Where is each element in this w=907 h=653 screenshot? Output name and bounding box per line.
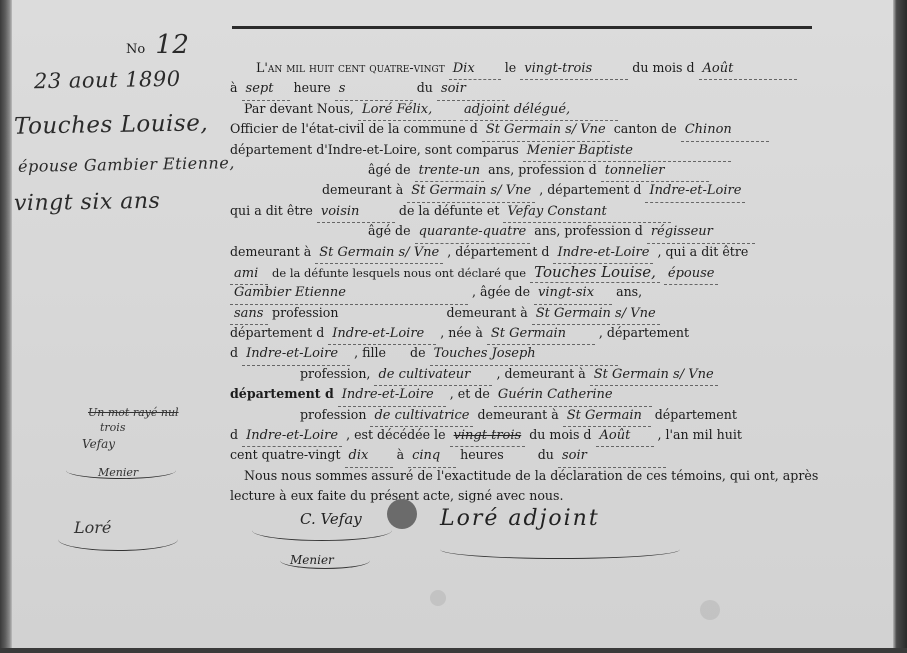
field-mother-name: Guérin Catherine	[494, 385, 652, 406]
field-hour: sept	[242, 79, 290, 100]
line-death-date: d Indre-et-Loire , est décédée le vingt …	[230, 425, 810, 445]
paper-stain	[700, 600, 720, 620]
signature-flourish	[280, 552, 370, 569]
field-witness-1-age: trente-un	[415, 161, 485, 182]
field-deceased-residence: St Germain s/ Vne	[532, 304, 660, 325]
header-rule	[232, 26, 812, 29]
field-witness-2-profession: régisseur	[647, 222, 755, 243]
field-death-time-of-day: soir	[558, 446, 666, 467]
line-closing-1: Nous nous sommes assuré de l'exactitude …	[230, 466, 810, 486]
margin-deceased-name: Touches Louise,	[14, 110, 209, 139]
field-witness-1-residence: St Germain s/ Vne	[407, 181, 535, 202]
field-witness-2-age: quarante-quatre	[415, 222, 531, 243]
line-year: L'an mil huit cent quatre-vingt Dix le v…	[230, 58, 810, 78]
signature-officer: Loré adjoint	[440, 506, 600, 531]
field-mother-profession: de cultivatrice	[370, 406, 473, 427]
line-mother: département d Indre-et-Loire , et de Gué…	[230, 384, 810, 404]
paper-stain	[430, 590, 446, 606]
line-witness-2: qui a dit être voisin de la défunte et V…	[230, 201, 810, 221]
line-witnesses: département d'Indre-et-Loire, sont compa…	[230, 140, 810, 160]
acte-number: No 12	[126, 30, 189, 60]
document-page: No 12 23 aout 1890 Touches Louise, épous…	[0, 0, 907, 653]
line-father-profession: profession, de cultivateur , demeurant à…	[230, 364, 810, 384]
book-binding	[0, 0, 12, 653]
line-deceased-profession: sans profession demeurant à St Germain s…	[230, 303, 810, 323]
field-day: vingt-trois	[520, 59, 628, 80]
margin-date: 23 aout 1890	[34, 67, 181, 94]
field-time-of-day: soir	[437, 79, 505, 100]
field-officer-name: Loré Félix,	[358, 100, 456, 121]
line-closing-2: lecture à eux faite du présent acte, sig…	[230, 486, 810, 506]
record-body: L'an mil huit cent quatre-vingt Dix le v…	[230, 58, 810, 507]
field-year: Dix	[449, 59, 501, 80]
field-month: Août	[699, 59, 797, 80]
wax-seal	[387, 499, 417, 529]
line-deceased-age: Gambier Etienne , âgée de vingt-six ans,	[230, 282, 810, 302]
line-father: d Indre-et-Loire , fille de Touches Jose…	[230, 343, 810, 363]
field-witness-1-name: Menier Baptiste	[523, 141, 731, 162]
margin-age: vingt six ans	[14, 189, 161, 217]
field-deceased-profession: sans	[230, 304, 268, 325]
signature-flourish	[252, 520, 392, 541]
field-death-hour: cinq	[408, 446, 456, 467]
margin-initials: Vefay	[82, 437, 115, 451]
field-death-month: Août	[596, 426, 654, 447]
paraph-flourish	[66, 462, 176, 479]
line-hour: à sept heure s du soir	[230, 78, 810, 98]
field-commune: St Germain s/ Vne	[482, 120, 610, 141]
field-deceased-name: Touches Louise,	[530, 262, 660, 283]
field-officer-title: adjoint délégué,	[460, 100, 618, 121]
line-mother-profession: profession de cultivatrice demeurant à S…	[230, 405, 810, 425]
line-declaration: ami de la défunte lesquels nous ont décl…	[230, 262, 810, 282]
line-officer: Par devant Nous, Loré Félix, adjoint dél…	[230, 99, 810, 119]
line-death-time: cent quatre-vingt dix à cinq heures du s…	[230, 445, 810, 465]
margin-note-word: trois	[100, 421, 125, 434]
field-birthplace: St Germain	[487, 324, 595, 345]
line-commune: Officier de l'état-civil de la commune d…	[230, 119, 810, 139]
acte-number-label: No	[126, 42, 145, 57]
line-witness-1-residence: demeurant à St Germain s/ Vne , départem…	[230, 180, 810, 200]
acte-number-value: 12	[155, 30, 189, 60]
field-spouse-name: Gambier Etienne	[230, 283, 468, 304]
page-edge	[893, 0, 907, 653]
field-death-day: vingt trois	[450, 426, 526, 447]
field-father-profession: de cultivateur	[374, 365, 492, 386]
line-witness-1-age: âgé de trente-un ans, profession d tonne…	[230, 160, 810, 180]
page-bottom-edge	[0, 648, 907, 653]
field-death-year: dix	[345, 446, 393, 467]
signature-flourish	[440, 540, 680, 559]
margin-spouse: épouse Gambier Etienne,	[18, 153, 235, 176]
field-witness-1-relation: voisin	[317, 202, 395, 223]
margin-note-struck: Un mot rayé nul	[88, 406, 179, 419]
field-witness-1-profession: tonnelier	[601, 161, 709, 182]
line-birthplace: département d Indre-et-Loire , née à St …	[230, 323, 810, 343]
officer-flourish	[58, 528, 178, 551]
line-witness-2-residence: demeurant à St Germain s/ Vne , départem…	[230, 242, 810, 262]
line-witness-2-age: âgé de quarante-quatre ans, profession d…	[230, 221, 810, 241]
field-father-name: Touches Joseph	[430, 344, 618, 365]
field-deceased-age: vingt-six	[534, 283, 612, 304]
field-canton: Chinon	[681, 120, 769, 141]
field-witness-2-name: Vefay Constant	[503, 202, 671, 223]
